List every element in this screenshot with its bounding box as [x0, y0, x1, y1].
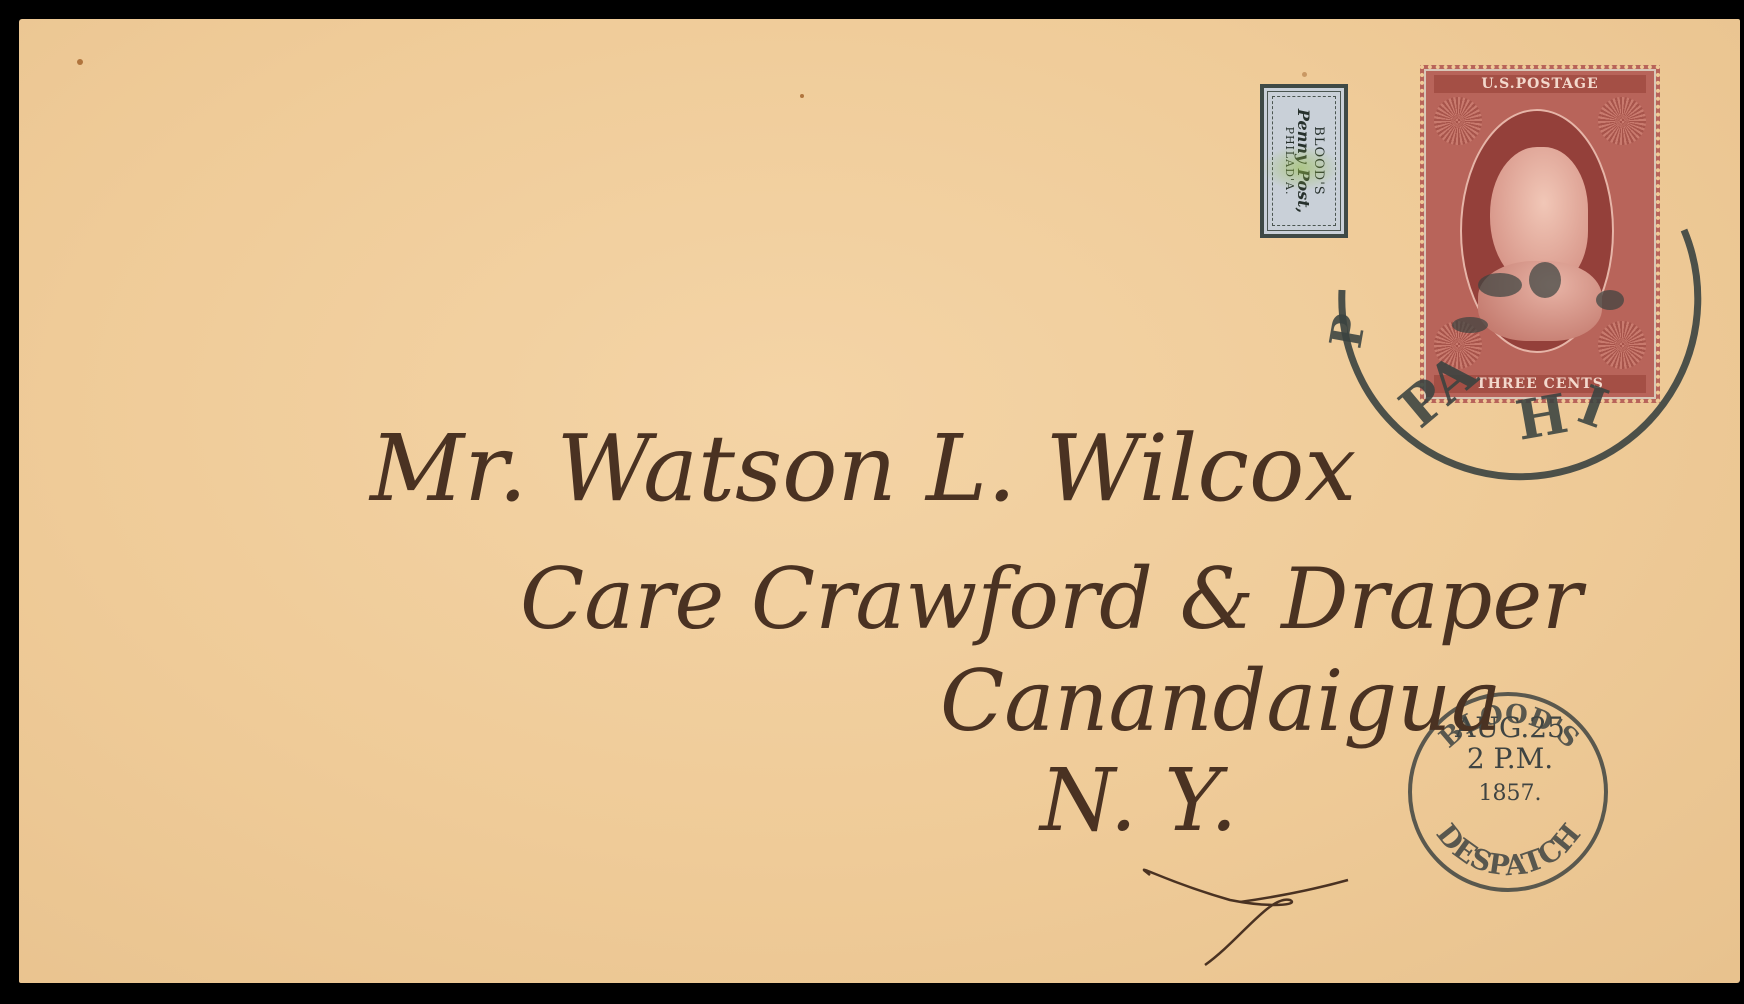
pen-flourish — [1144, 870, 1348, 965]
address-line-1: Mr. Watson L. Wilcox — [368, 415, 1356, 522]
address-line-2: Care Crawford & Draper — [520, 550, 1587, 648]
handwritten-address: Mr. Watson L. Wilcox Care Crawford & Dra… — [368, 415, 1587, 851]
svg-text:I: I — [1571, 372, 1617, 441]
svg-text:PA: PA — [1387, 340, 1489, 440]
markings-layer: P PA H I BLOOD'S DESPATCH AUG.25 2 P.M. … — [0, 0, 1744, 1004]
svg-text:H: H — [1511, 381, 1572, 453]
svg-text:P: P — [1321, 310, 1377, 351]
philadelphia-postmark: P PA H I — [1321, 230, 1698, 477]
year-line: 1857. — [1479, 781, 1542, 806]
address-line-4: N. Y. — [1038, 751, 1237, 851]
address-line-3: Canandaigua — [940, 652, 1501, 750]
